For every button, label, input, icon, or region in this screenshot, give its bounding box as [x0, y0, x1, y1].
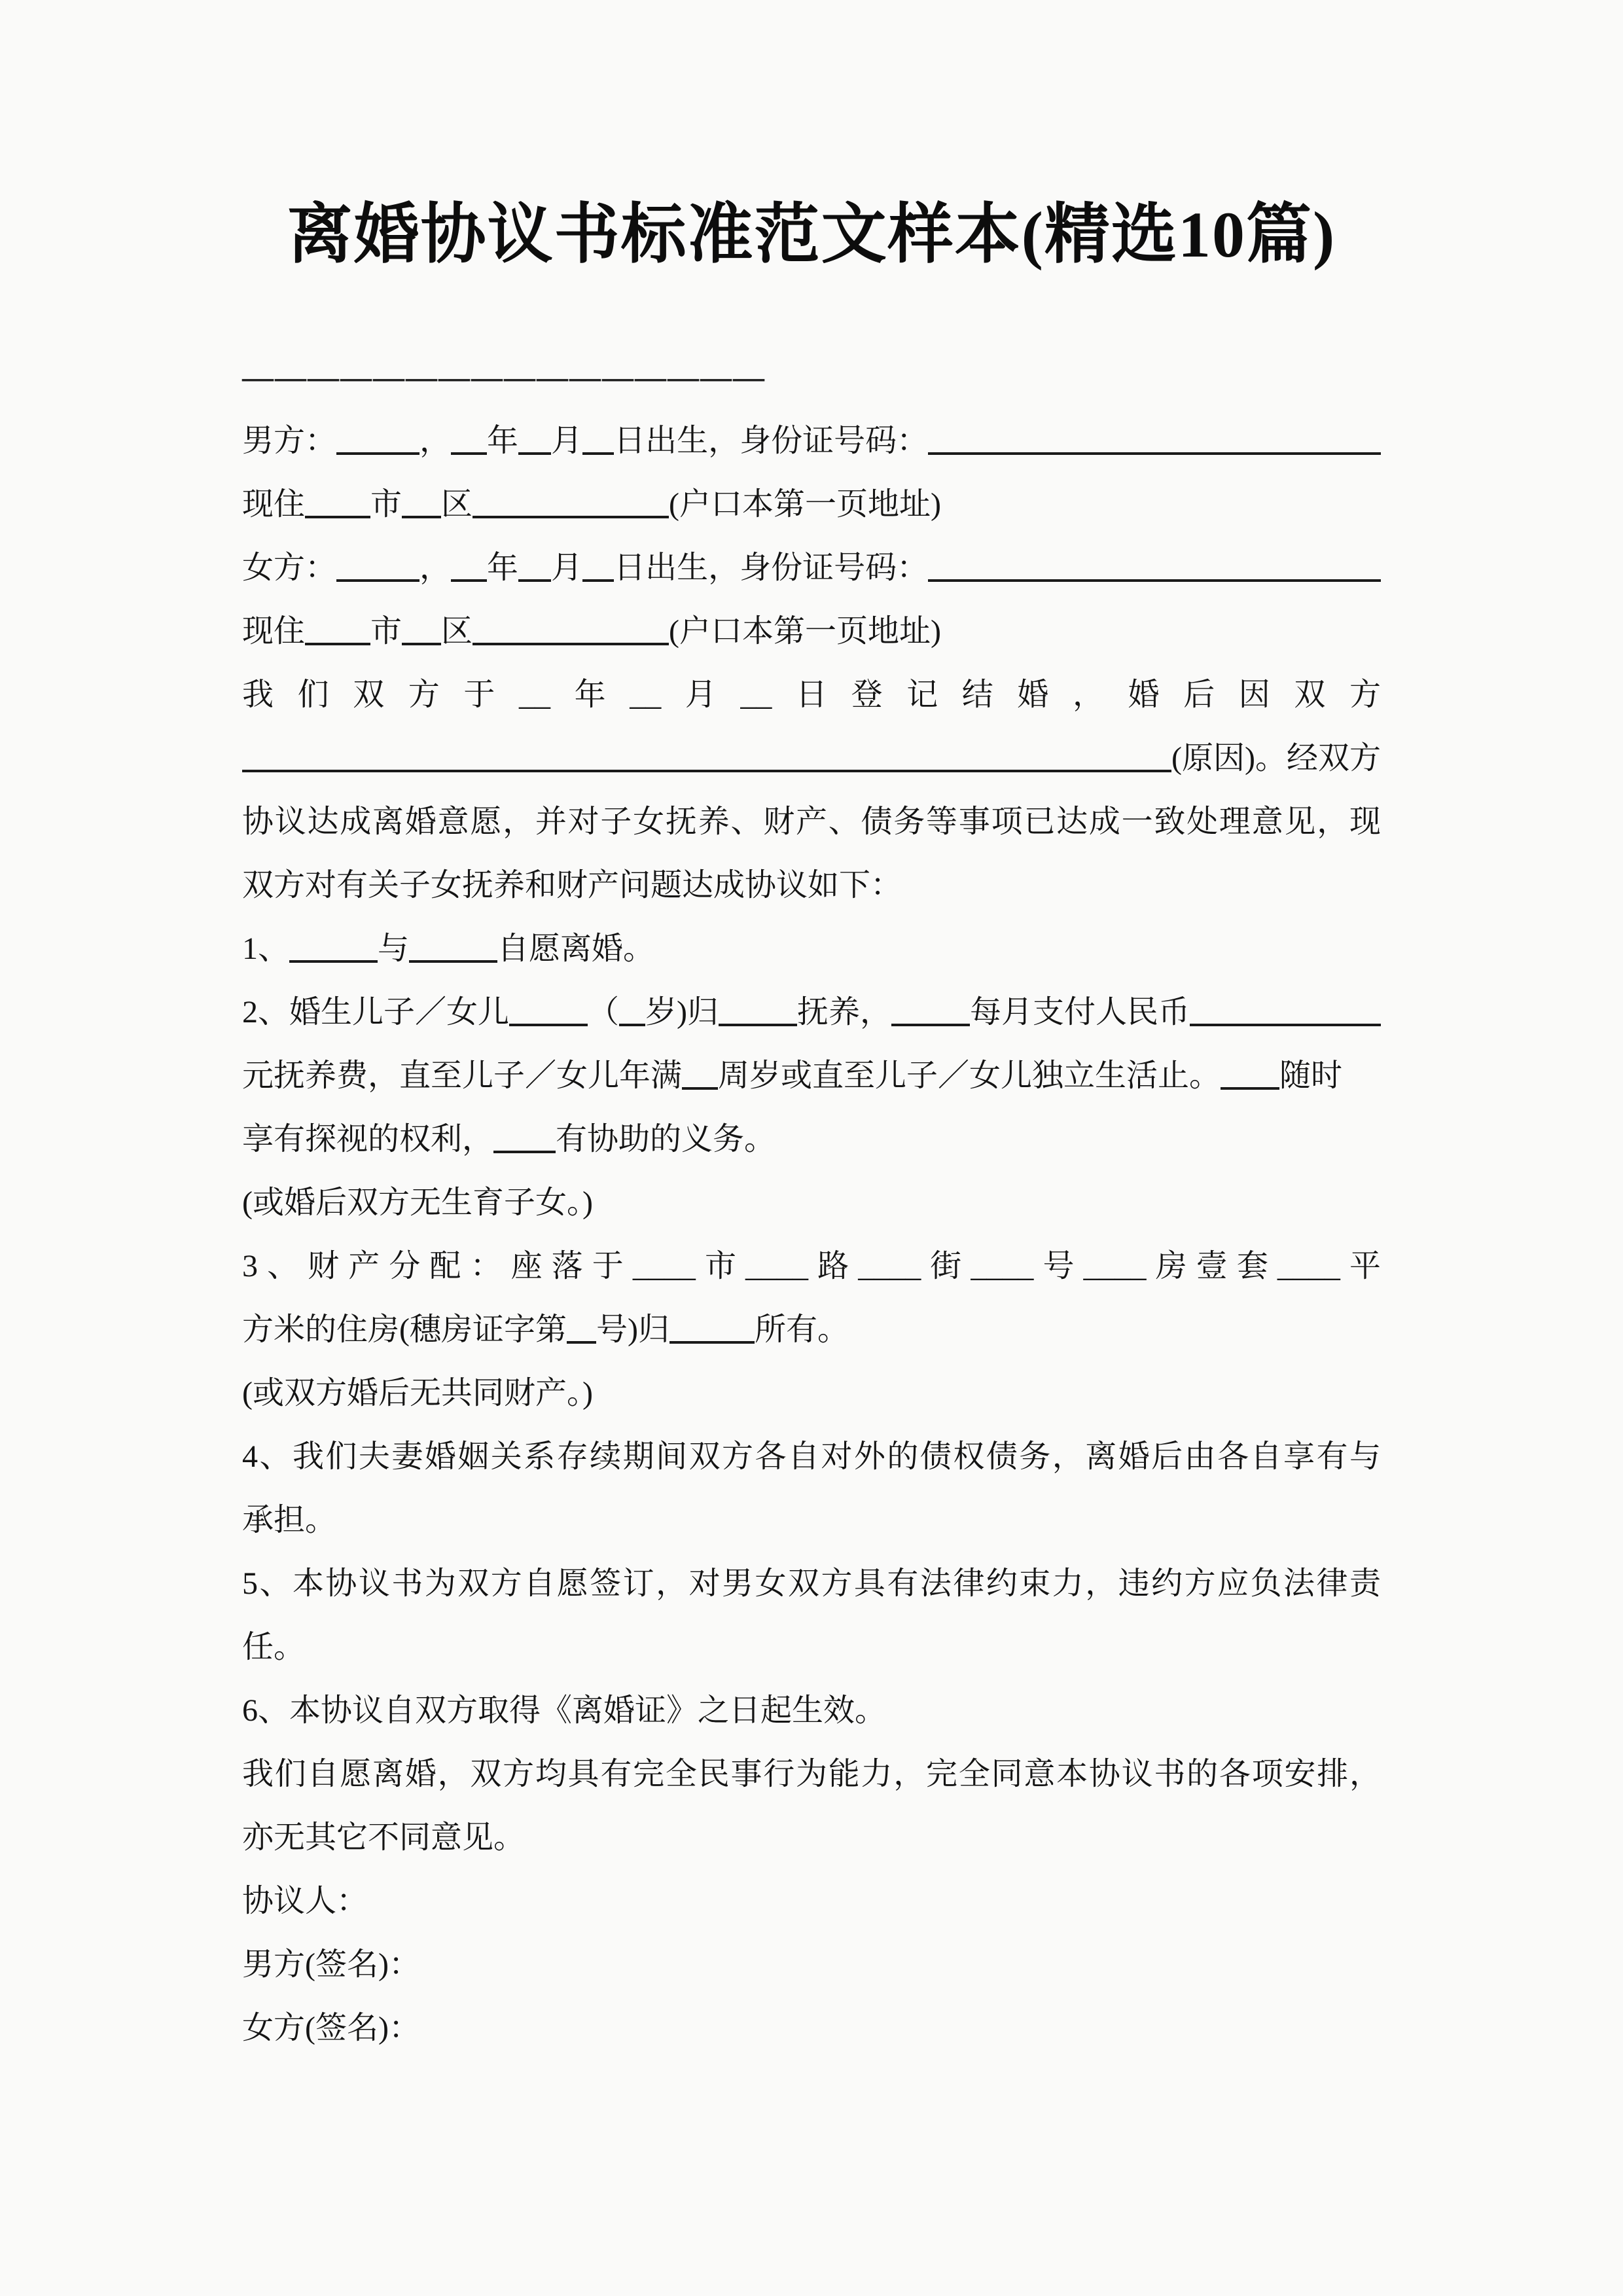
line-text: 随时	[1279, 1044, 1342, 1107]
line-text: 女方：	[242, 536, 336, 600]
doc-line: 女方：，年月日出生，身份证号码：	[242, 536, 1381, 600]
line-text: 周岁或直至儿子／女儿独立生活止。	[718, 1044, 1221, 1107]
line-text: 方米的住房(穗房证字第	[242, 1298, 567, 1361]
doc-line: 1、与自愿离婚。	[242, 917, 1381, 980]
doc-line: 方米的住房(穗房证字第号)归所有。	[242, 1298, 1381, 1361]
line-text: 抚养，	[797, 980, 891, 1044]
doc-line: (原因)。经双方	[242, 726, 1381, 790]
line-text: 与	[378, 917, 409, 980]
line-text: (原因)。经双方	[1171, 726, 1381, 790]
doc-line: 男方：，年月日出生，身份证号码：	[242, 409, 1381, 473]
blank-underline	[451, 574, 487, 582]
line-text: 区	[441, 473, 473, 536]
line-text: 元抚养费，直至儿子／女儿年满	[242, 1044, 682, 1107]
line-text: 月	[551, 536, 582, 600]
blank-underline	[242, 764, 1171, 772]
blank-underline	[1221, 1082, 1279, 1090]
blank-underline	[473, 637, 669, 645]
line-text: 日出生，身份证号码：	[614, 536, 928, 600]
doc-line: 任。	[242, 1615, 1381, 1679]
doc-line: 现住市区(户口本第一页地址)	[242, 600, 1381, 663]
doc-line: 5、本协议书为双方自愿签订，对男女双方具有法律约束力，违约方应负法律责	[242, 1552, 1381, 1615]
doc-line: 双方对有关子女抚养和财产问题达成协议如下：	[242, 853, 1381, 917]
blank-underline	[473, 511, 669, 518]
blank-underline	[682, 1082, 718, 1090]
blank-underline	[567, 1336, 596, 1344]
doc-line: 现住市区(户口本第一页地址)	[242, 473, 1381, 536]
line-text: 年	[487, 536, 518, 600]
doc-line: 协议达成离婚意愿，并对子女抚养、财产、债务等事项已达成一致处理意见，现	[242, 790, 1381, 853]
doc-line: 协议人：	[242, 1869, 1381, 1933]
doc-line: 我们双方于__年__月__日登记结婚，婚后因双方	[242, 663, 1381, 726]
doc-line: 元抚养费，直至儿子／女儿年满周岁或直至儿子／女儿独立生活止。随时	[242, 1044, 1381, 1107]
line-text: 享有探视的权利，	[242, 1107, 493, 1171]
doc-line: 男方(签名)：	[242, 1933, 1381, 1996]
line-text: 现住	[242, 473, 305, 536]
blank-underline	[582, 447, 614, 455]
blank-underline	[582, 574, 614, 582]
blank-underline	[669, 1336, 755, 1344]
line-text: 每月支付人民币	[970, 980, 1190, 1044]
blank-underline	[928, 447, 1381, 455]
line-text: (户口本第一页地址)	[669, 600, 941, 663]
blank-underline	[1190, 1018, 1381, 1026]
line-text: 男方：	[242, 409, 336, 473]
doc-line: 6、本协议自双方取得《离婚证》之日起生效。	[242, 1679, 1381, 1742]
line-text: 1、	[242, 917, 289, 980]
doc-line: 我们自愿离婚，双方均具有完全民事行为能力，完全同意本协议书的各项安排，	[242, 1742, 1381, 1806]
line-text: 区	[441, 600, 473, 663]
line-text: 月	[551, 409, 582, 473]
doc-line: 享有探视的权利，有协助的义务。	[242, 1107, 1381, 1171]
blank-underline	[509, 1018, 588, 1026]
blank-underline	[409, 955, 497, 963]
line-text: 日出生，身份证号码：	[614, 409, 928, 473]
blank-underline	[619, 1018, 645, 1026]
line-text: 市	[370, 600, 402, 663]
line-text: ，	[419, 536, 451, 600]
doc-line: 承担。	[242, 1488, 1381, 1552]
doc-line: 3、财产分配：座落于____市____路____街____号____房壹套___…	[242, 1234, 1381, 1298]
line-text: 现住	[242, 600, 305, 663]
document-page: 离婚协议书标准范文样本(精选10篇) ————————————————男方：，年…	[0, 0, 1623, 2296]
blank-underline	[451, 447, 487, 455]
line-text: ，	[419, 409, 451, 473]
doc-body: ————————————————男方：，年月日出生，身份证号码：现住市区(户口本…	[242, 346, 1381, 2060]
blank-underline	[305, 637, 370, 645]
line-text: 岁)归	[645, 980, 719, 1044]
blank-underline	[402, 511, 441, 518]
blank-underline	[289, 955, 378, 963]
doc-line: (或双方婚后无共同财产。)	[242, 1361, 1381, 1425]
blank-underline	[928, 574, 1381, 582]
blank-underline	[305, 511, 370, 518]
blank-underline	[402, 637, 441, 645]
blank-underline	[891, 1018, 970, 1026]
line-text: 自愿离婚。	[497, 917, 654, 980]
doc-line: (或婚后双方无生育子女。)	[242, 1171, 1381, 1234]
doc-line: 亦无其它不同意见。	[242, 1806, 1381, 1869]
line-text: (户口本第一页地址)	[669, 473, 941, 536]
blank-underline	[336, 447, 419, 455]
line-text: 市	[370, 473, 402, 536]
line-text: （	[588, 980, 619, 1044]
doc-line: ————————————————	[242, 346, 1381, 409]
blank-underline	[719, 1018, 797, 1026]
line-text: 年	[487, 409, 518, 473]
line-text: 有协助的义务。	[556, 1107, 776, 1171]
doc-line: 女方(签名)：	[242, 1996, 1381, 2060]
line-text: 所有。	[755, 1298, 849, 1361]
blank-underline	[518, 447, 551, 455]
blank-underline	[518, 574, 551, 582]
blank-underline	[493, 1145, 556, 1153]
line-text: 号)归	[596, 1298, 669, 1361]
doc-line: 4、我们夫妻婚姻关系存续期间双方各自对外的债权债务，离婚后由各自享有与	[242, 1425, 1381, 1488]
doc-line: 2、婚生儿子／女儿（岁)归抚养，每月支付人民币	[242, 980, 1381, 1044]
doc-title: 离婚协议书标准范文样本(精选10篇)	[0, 196, 1623, 274]
blank-underline	[336, 574, 419, 582]
line-text: 2、婚生儿子／女儿	[242, 980, 509, 1044]
